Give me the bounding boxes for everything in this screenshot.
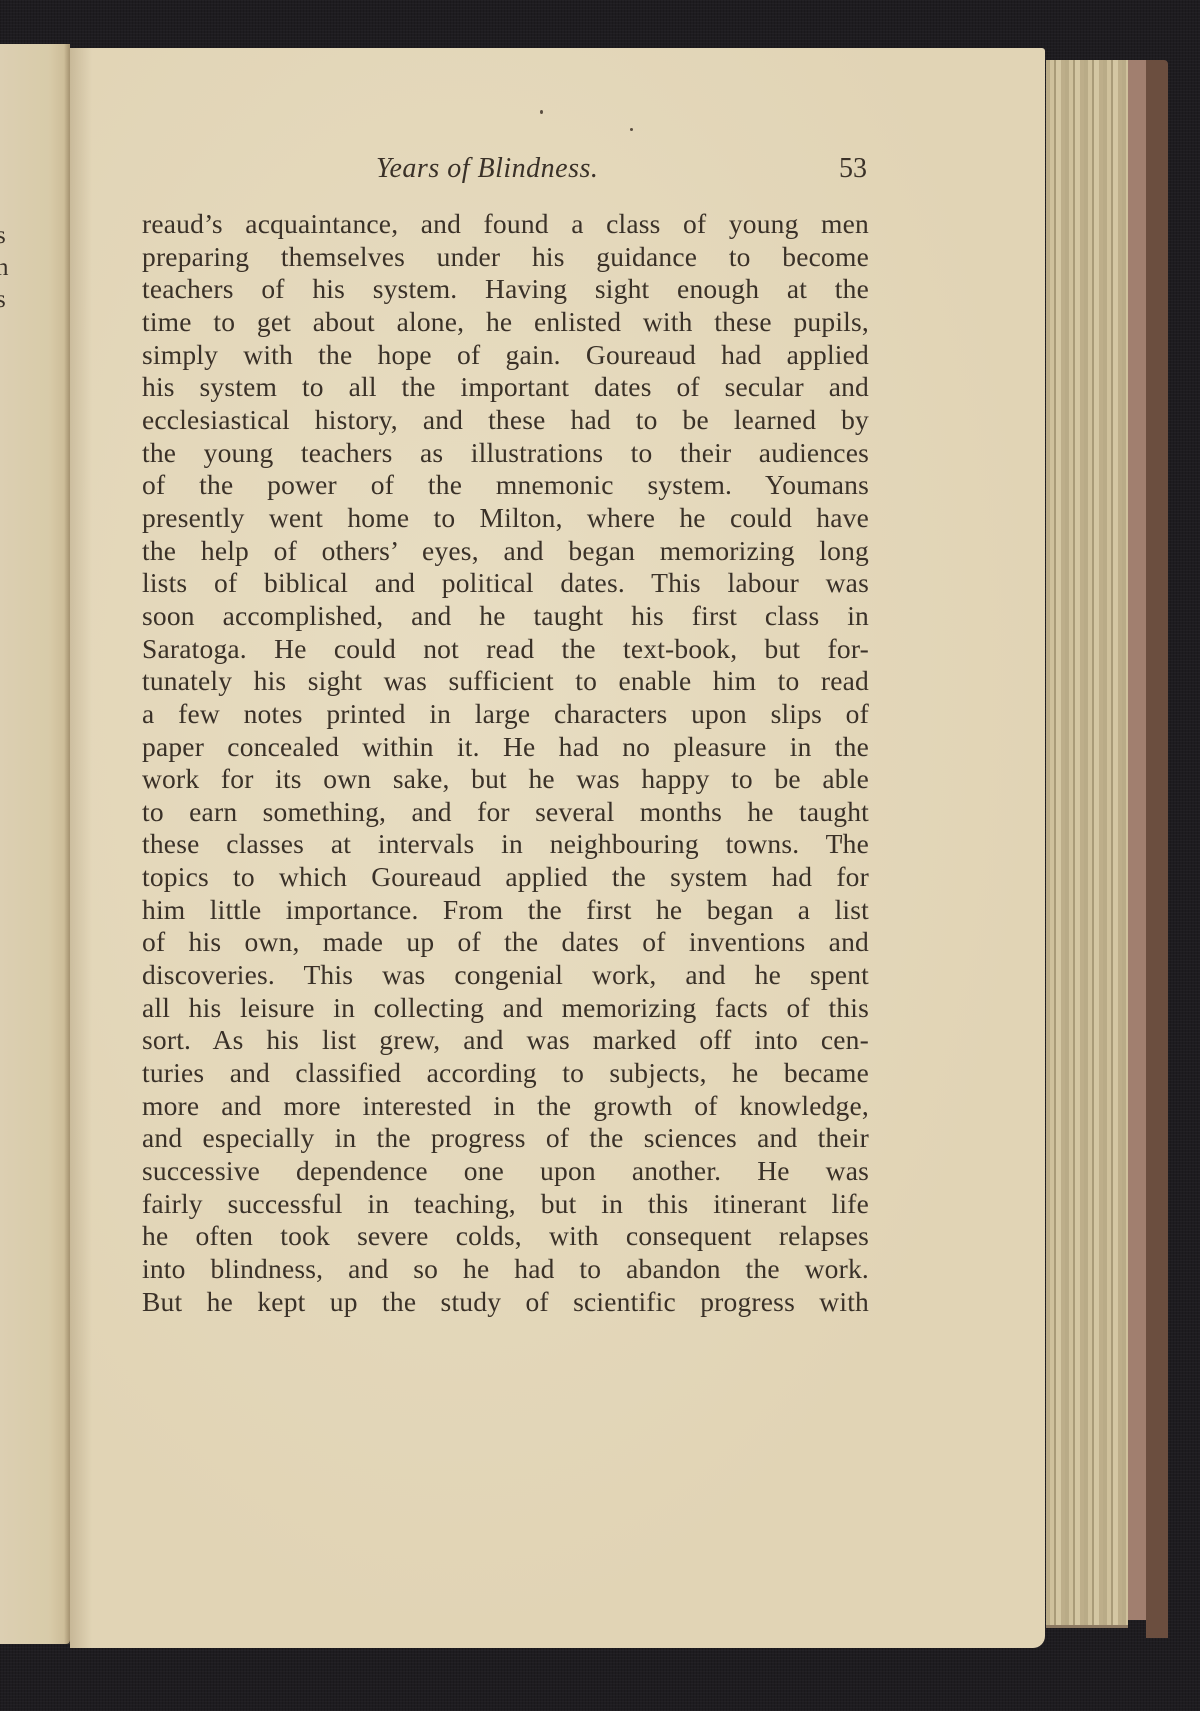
left-page-text-fragments: s n s	[0, 220, 16, 316]
text-line: teachers of his system. Having sight eno…	[142, 273, 869, 306]
body-text: reaud’s acquaintance, and found a class …	[142, 208, 869, 1318]
text-line: But he kept up the study of scientific p…	[142, 1286, 869, 1319]
book-cover-board	[1146, 60, 1168, 1638]
text-line: lists of biblical and political dates. T…	[142, 567, 869, 600]
text-line: work for its own sake, but he was happy …	[142, 763, 869, 796]
text-line: paper concealed within it. He had no ple…	[142, 731, 869, 764]
text-line: Saratoga. He could not read the text-boo…	[142, 633, 869, 666]
text-line: these classes at intervals in neighbouri…	[142, 828, 869, 861]
text-line: his system to all the important dates of…	[142, 371, 869, 404]
text-line: to earn something, and for several month…	[142, 796, 869, 829]
text-line: simply with the hope of gain. Goureaud h…	[142, 339, 869, 372]
text-line: soon accomplished, and he taught his fir…	[142, 600, 869, 633]
running-head: Years of Blindness. 53	[376, 153, 867, 193]
chapter-running-title: Years of Blindness.	[376, 153, 598, 185]
text-line: more and more interested in the growth o…	[142, 1090, 869, 1123]
text-line: all his leisure in collecting and memori…	[142, 992, 869, 1025]
text-line: him little importance. From the first he…	[142, 894, 869, 927]
text-line: time to get about alone, he enlisted wit…	[142, 306, 869, 339]
left-fragment: s	[0, 220, 16, 252]
text-line: a few notes printed in large characters …	[142, 698, 869, 731]
text-line: of the power of the mnemonic system. You…	[142, 469, 869, 502]
text-line: the young teachers as illustrations to t…	[142, 437, 869, 470]
text-line: turies and classified according to subje…	[142, 1057, 869, 1090]
text-line: discoveries. This was congenial work, an…	[142, 959, 869, 992]
text-line: tunately his sight was sufficient to ena…	[142, 665, 869, 698]
text-line: into blindness, and so he had to abandon…	[142, 1253, 869, 1286]
text-line: reaud’s acquaintance, and found a class …	[142, 208, 869, 241]
paper-speck	[630, 128, 633, 131]
text-line: preparing themselves under his guidance …	[142, 241, 869, 274]
page-block-edges	[1046, 60, 1128, 1628]
text-line: the help of others’ eyes, and began memo…	[142, 535, 869, 568]
paper-speck	[540, 110, 543, 114]
text-line: ecclesiastical history, and these had to…	[142, 404, 869, 437]
left-fragment: n	[0, 252, 16, 284]
text-line: of his own, made up of the dates of inve…	[142, 926, 869, 959]
text-line: fairly successful in teaching, but in th…	[142, 1188, 869, 1221]
page-number: 53	[839, 153, 867, 185]
text-line: topics to which Goureaud applied the sys…	[142, 861, 869, 894]
text-line: successive dependence one upon another. …	[142, 1155, 869, 1188]
text-line: and especially in the progress of the sc…	[142, 1122, 869, 1155]
text-line: sort. As his list grew, and was marked o…	[142, 1024, 869, 1057]
left-page-edge: s n s	[0, 44, 70, 1644]
book-cover-inner-edge	[1128, 60, 1146, 1620]
text-line: presently went home to Milton, where he …	[142, 502, 869, 535]
left-fragment: s	[0, 284, 16, 316]
text-line: he often took severe colds, with consequ…	[142, 1220, 869, 1253]
